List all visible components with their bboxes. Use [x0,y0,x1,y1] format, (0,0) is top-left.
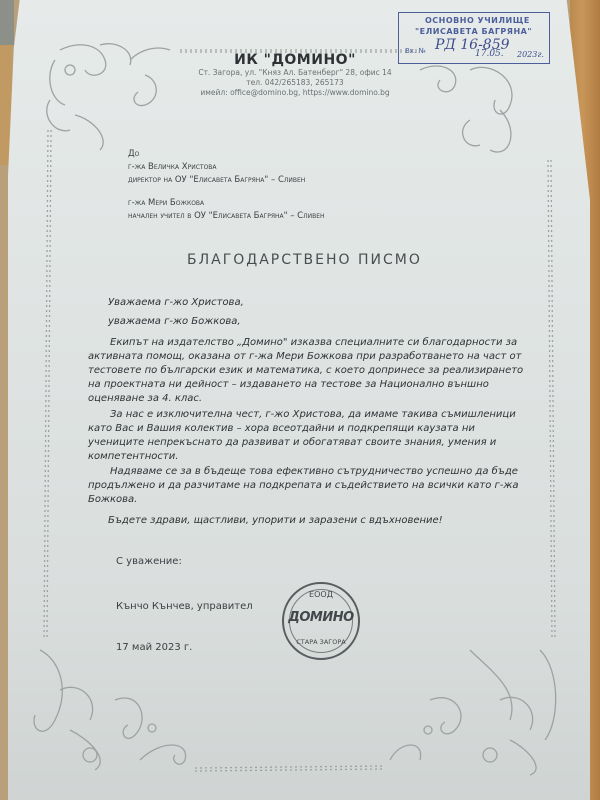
paragraph-1: Екипът на издателство „Домино" изказва с… [88,336,528,406]
company-contacts: имейл: office@domino.bg, https://www.dom… [160,88,430,98]
letter-date: 17 май 2023 г. [116,642,192,653]
seal-top-text: ЕООД [284,590,358,599]
seal-name: ДОМИНО [284,610,358,625]
seal-bottom-text: СТАРА ЗАГОРА [284,638,358,646]
letterhead: ИК "ДОМИНО" Ст. Загора, ул. "Княз Ал. Ба… [160,52,430,98]
recipient-1-name: г-жа Величка Христова [128,161,325,174]
stamp-prefix: Вх. № [405,47,426,55]
company-phone: тел. 042/265183, 265173 [160,78,430,88]
stamp-year: 2023г. [517,50,544,59]
stamp-date: 17.05. [475,49,504,59]
recipients-to: До [128,148,325,161]
paragraph-4: Бъдете здрави, щастливи, упорити и зараз… [108,514,548,528]
recipient-2-position: начален учител в ОУ "Елисавета Багряна" … [128,210,325,223]
recipient-1-position: директор на ОУ "Елисавета Багряна" – Сли… [128,174,325,187]
recipients-block: До г-жа Величка Христова директор на ОУ … [128,148,325,223]
background-corner [0,0,14,45]
letter-title: БЛАГОДАРСТВЕНО ПИСМО [187,252,422,268]
closing-phrase: С уважение: [116,556,182,567]
stamp-school-type: ОСНОВНО УЧИЛИЩЕ [425,16,530,25]
salutation-1: Уважаема г-жо Христова, [108,296,548,310]
paragraph-3: Надяваме се за в бъдеще това ефективно с… [88,465,528,507]
stamp-school-name: "ЕЛИСАВЕТА БАГРЯНА" [415,27,532,36]
company-name: ИК "ДОМИНО" [160,52,430,68]
paragraph-2: За нас е изключителна чест, г-жо Христов… [88,408,528,464]
registration-stamp: ОСНОВНО УЧИЛИЩЕ "ЕЛИСАВЕТА БАГРЯНА" Вх. … [398,12,550,64]
salutation-2: уважаема г-жо Божкова, [108,315,548,329]
signer-name: Кънчо Кънчев, управител [116,601,253,612]
company-seal: ЕООД ДОМИНО СТАРА ЗАГОРА [282,582,360,660]
company-address: Ст. Загора, ул. "Княз Ал. Батенберг" 28,… [160,68,430,78]
recipient-2-name: г-жа Мери Божкова [128,197,325,210]
